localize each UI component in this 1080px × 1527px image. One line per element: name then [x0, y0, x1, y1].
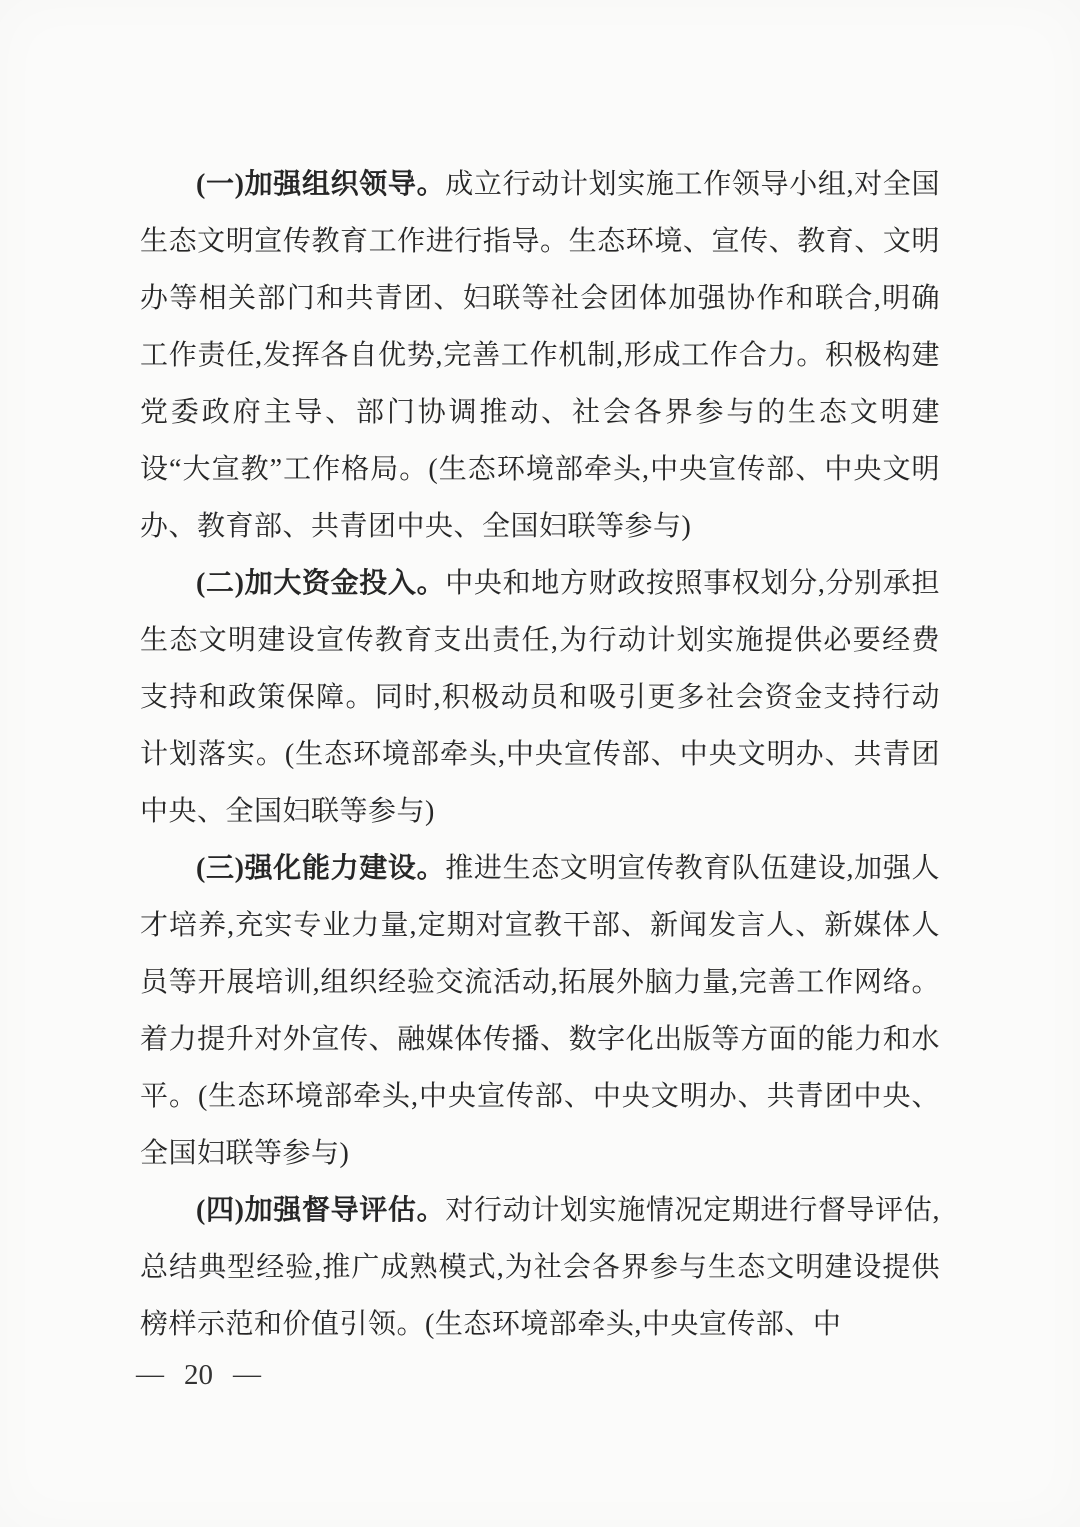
footer-right-dash: — — [233, 1359, 261, 1391]
paragraph-2-heading: (二)加大资金投入。 — [196, 568, 445, 599]
page-footer: — 20 — — [136, 1352, 261, 1398]
paragraph-2: (二)加大资金投入。中央和地方财政按照事权划分,分别承担生态文明建设宣传教育支出… — [140, 555, 940, 840]
paragraph-1-text: 成立行动计划实施工作领导小组,对全国生态文明宣传教育工作进行指导。生态环境、宣传… — [140, 169, 940, 542]
document-body: (一)加强组织领导。成立行动计划实施工作领导小组,对全国生态文明宣传教育工作进行… — [140, 156, 940, 1353]
paragraph-3-heading: (三)强化能力建设。 — [196, 853, 445, 884]
page-number: 20 — [184, 1359, 213, 1392]
paragraph-3-text: 推进生态文明宣传教育队伍建设,加强人才培养,充实专业力量,定期对宣教干部、新闻发… — [140, 853, 940, 1169]
paragraph-2-text: 中央和地方财政按照事权划分,分别承担生态文明建设宣传教育支出责任,为行动计划实施… — [140, 568, 940, 827]
paragraph-4: (四)加强督导评估。对行动计划实施情况定期进行督导评估,总结典型经验,推广成熟模… — [140, 1182, 940, 1353]
document-page: (一)加强组织领导。成立行动计划实施工作领导小组,对全国生态文明宣传教育工作进行… — [0, 0, 1080, 1527]
paragraph-1: (一)加强组织领导。成立行动计划实施工作领导小组,对全国生态文明宣传教育工作进行… — [140, 156, 940, 555]
paragraph-1-heading: (一)加强组织领导。 — [196, 169, 445, 200]
footer-left-dash: — — [136, 1359, 164, 1391]
paragraph-3: (三)强化能力建设。推进生态文明宣传教育队伍建设,加强人才培养,充实专业力量,定… — [140, 840, 940, 1182]
paragraph-4-heading: (四)加强督导评估。 — [196, 1195, 445, 1226]
